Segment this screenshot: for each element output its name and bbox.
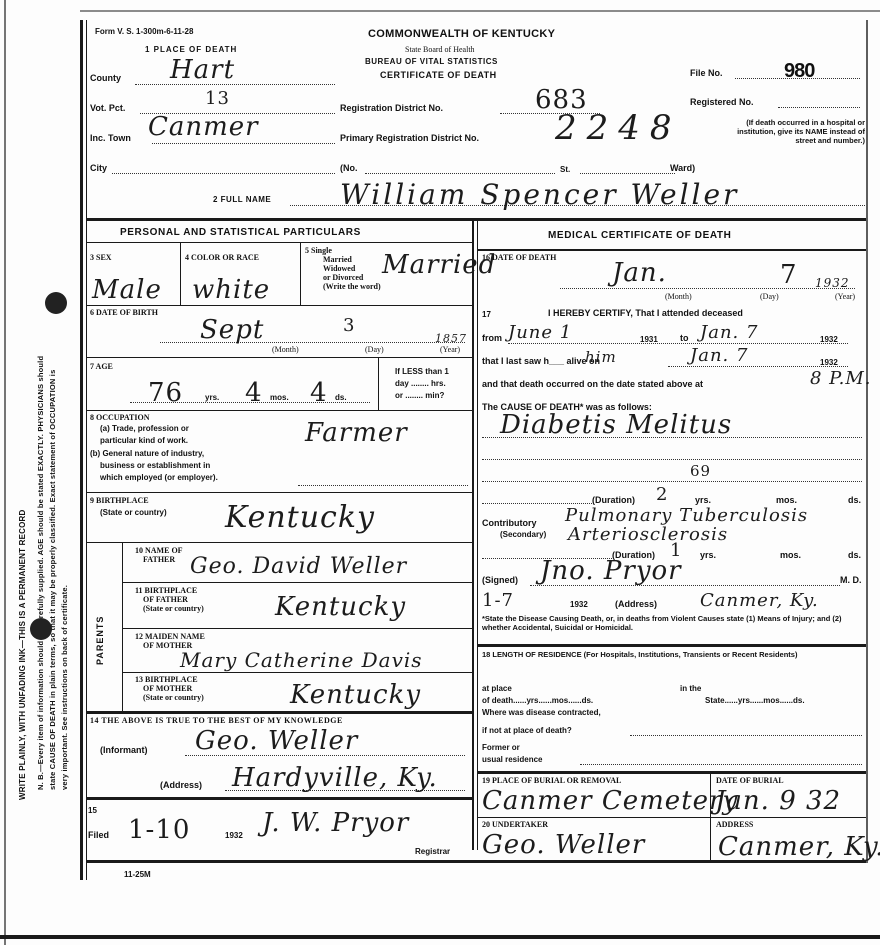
side-note-line2: N. B.—Every item of information should b… <box>36 356 45 790</box>
age-months: 4 <box>245 378 263 408</box>
contributory-value-2: Arteriosclerosis <box>568 524 728 545</box>
rule <box>122 628 472 629</box>
day-label: (Day) <box>365 345 384 354</box>
less-than-day-line: day ........ hrs. <box>395 378 449 390</box>
certify-number: 17 <box>482 310 491 319</box>
place-of-death-heading: 1 PLACE OF DEATH <box>145 45 237 54</box>
label-line: FATHER <box>135 555 183 564</box>
physician-signature: Jno. Pryor <box>540 556 682 586</box>
medical-heading: MEDICAL CERTIFICATE OF DEATH <box>548 230 731 241</box>
dob-day: 3 <box>343 315 355 336</box>
signed-address-value: Canmer, Ky. <box>700 590 819 611</box>
occupation-a: (a) Trade, profession or <box>100 424 189 433</box>
yrs-label: yrs. <box>205 393 219 402</box>
frame-left <box>80 20 83 880</box>
less-than-day: If LESS than 1 day ........ hrs. or ....… <box>395 366 449 402</box>
date-of-death-label: 16 DATE OF DEATH <box>482 253 556 262</box>
dob-label: 6 DATE OF BIRTH <box>90 308 158 317</box>
rule <box>86 711 472 714</box>
residence-contracted: Where was disease contracted, <box>482 708 601 717</box>
st-label: St. <box>560 165 570 174</box>
registrar-label: Registrar <box>415 847 450 856</box>
left-margin-notes: WRITE PLAINLY, WITH UNFADING INK—THIS IS… <box>0 0 82 945</box>
rule <box>478 771 866 774</box>
address-label: (Address) <box>160 780 202 790</box>
street-no-line <box>365 173 555 174</box>
occurred-time: 8 P.M. <box>810 368 872 389</box>
occupation-value: Farmer <box>305 418 408 448</box>
marital-label: 5 Single Married Widowed or Divorced (Wr… <box>305 246 381 291</box>
filed-year: 1932 <box>225 831 243 840</box>
signed-date: 1-7 <box>482 590 514 611</box>
duration2-yrs: yrs. <box>700 550 716 560</box>
age-label: 7 AGE <box>90 362 113 371</box>
left-edge <box>4 0 6 945</box>
marital-label-line: or Divorced <box>305 273 381 282</box>
duration2-ds: ds. <box>848 550 861 560</box>
cause-value: Diabetis Melitus <box>500 410 732 440</box>
rule <box>300 243 301 305</box>
death-day-label: (Day) <box>760 292 779 301</box>
label-line: 10 NAME OF <box>135 546 183 555</box>
signed-label: (Signed) <box>482 575 518 585</box>
color-label: 4 COLOR OR RACE <box>185 253 259 262</box>
inc-town-label: Inc. Town <box>90 133 131 143</box>
duration-value: 2 <box>656 484 668 505</box>
to-label: to <box>680 333 689 343</box>
occupation-b: (b) General nature of industry, <box>90 449 204 458</box>
side-note-line4: very important. See instructions on back… <box>60 585 69 790</box>
registered-no-label: Registered No. <box>690 97 754 107</box>
signed-address-label: (Address) <box>615 599 657 609</box>
duration-mos: mos. <box>776 495 797 505</box>
marital-label-line: 5 Single <box>305 246 381 255</box>
filed-date: 1-10 <box>128 815 190 845</box>
form-number: Form V. S. 1-300m-6-11-28 <box>95 27 193 36</box>
state-note: *State the Disease Causing Death, or, in… <box>482 614 862 632</box>
sex-value: Male <box>92 275 162 305</box>
filed-number: 15 <box>88 806 97 815</box>
rule <box>180 243 181 305</box>
rule <box>86 410 472 411</box>
rule <box>378 358 379 410</box>
duration2-mos: mos. <box>780 550 801 560</box>
label-line: 11 BIRTHPLACE <box>135 586 204 595</box>
label-line: (State or country) <box>135 604 204 613</box>
cause-line-2 <box>482 459 862 460</box>
primary-reg-label: Primary Registration District No. <box>340 133 479 143</box>
column-divider-inner <box>477 220 478 850</box>
inc-town-line <box>152 143 335 144</box>
attended-line <box>508 343 848 344</box>
label-line: (State or country) <box>135 693 204 702</box>
vot-pct-label: Vot. Pct. <box>90 103 125 113</box>
age-days: 4 <box>310 378 328 408</box>
marital-label-line: Married <box>305 255 381 264</box>
filed-label: Filed <box>88 830 109 840</box>
frame-left-inner <box>86 20 87 880</box>
death-year: 1932 <box>815 276 850 290</box>
rule <box>478 249 866 251</box>
rule <box>86 242 472 243</box>
city-label: City <box>90 163 107 173</box>
residence-label: 18 LENGTH OF RESIDENCE (For Hospitals, I… <box>482 650 862 659</box>
binder-hole-icon <box>30 618 52 640</box>
county-label: County <box>90 73 121 83</box>
parents-section-label: PARENTS <box>95 616 105 665</box>
attended-from: June 1 <box>508 322 572 343</box>
marital-label-line: Widowed <box>305 264 381 273</box>
father-name-label: 10 NAME OF FATHER <box>135 546 183 564</box>
rule <box>122 582 472 583</box>
mos-label: mos. <box>270 393 289 402</box>
last-saw-text: that I last saw h___ alive on <box>482 356 600 366</box>
color-value: white <box>192 275 270 305</box>
last-saw-word: him <box>585 348 617 366</box>
not-at-place-line <box>630 735 862 736</box>
no-label: (No. <box>340 163 358 173</box>
residence-not-at-place: if not at place of death? <box>482 726 572 735</box>
cause-extra: 69 <box>690 462 711 480</box>
usual-residence-line <box>580 764 862 765</box>
primary-reg-value: 2248 <box>555 108 682 148</box>
death-day: 7 <box>780 260 798 290</box>
cause-line-3 <box>482 481 862 482</box>
md-label: M. D. <box>840 575 862 585</box>
label-line: OF FATHER <box>135 595 204 604</box>
undertaker-value: Geo. Weller <box>482 830 645 860</box>
mother-name-value: Mary Catherine Davis <box>180 648 423 672</box>
label-line: 13 BIRTHPLACE <box>135 675 204 684</box>
less-than-day-line: If LESS than 1 <box>395 366 449 378</box>
residence-in-the: in the <box>680 684 701 693</box>
personal-heading: PERSONAL AND STATISTICAL PARTICULARS <box>120 227 361 238</box>
duration-line <box>482 503 592 504</box>
informant-value: Geo. Weller <box>195 726 358 756</box>
rule <box>478 817 866 818</box>
mother-birthplace-label: 13 BIRTHPLACE OF MOTHER (State or countr… <box>135 675 204 702</box>
father-birthplace-value: Kentucky <box>275 592 406 622</box>
from-label: from <box>482 333 502 343</box>
contributory-value-1: Pulmonary Tuberculosis <box>565 505 808 526</box>
occupation-label: 8 OCCUPATION <box>90 413 149 422</box>
burial-date-value: Jan. 9 32 <box>715 786 841 816</box>
dob-month: Sept <box>200 315 264 345</box>
dob-year: 1857 <box>435 332 467 345</box>
contributory-label: Contributory <box>482 518 537 528</box>
birthplace-label: 9 BIRTHPLACE <box>90 496 149 505</box>
residence-of-death: of death......yrs......mos......ds. <box>482 696 593 705</box>
occupation-b2: business or establishment in <box>100 461 210 470</box>
informant-label: (Informant) <box>100 745 148 755</box>
rule <box>122 672 472 673</box>
death-month: Jan. <box>612 258 667 288</box>
ds-label: ds. <box>335 393 347 402</box>
column-divider <box>472 220 474 850</box>
rule <box>86 305 472 306</box>
inc-town-value: Canmer <box>148 112 259 142</box>
death-certificate: WRITE PLAINLY, WITH UNFADING INK—THIS IS… <box>0 0 880 945</box>
last-saw-year: 1932 <box>820 358 838 367</box>
month-label: (Month) <box>272 345 299 354</box>
registrar-signature: J. W. Pryor <box>262 808 409 838</box>
father-name-value: Geo. David Weller <box>190 554 407 579</box>
undertaker-address-label: ADDRESS <box>716 820 753 829</box>
ward-line <box>580 173 675 174</box>
form-subtitle-2: BUREAU OF VITAL STATISTICS <box>365 57 498 66</box>
year-label: (Year) <box>440 345 460 354</box>
side-note-line1: WRITE PLAINLY, WITH UNFADING INK—THIS IS… <box>18 510 27 800</box>
label-line: 12 MAIDEN NAME <box>135 632 205 641</box>
undertaker-address-value: Canmer, Ky. <box>718 832 880 862</box>
age-years: 76 <box>148 378 183 408</box>
address-value: Hardyville, Ky. <box>232 763 438 793</box>
certify-text: I HEREBY CERTIFY, That I attended deceas… <box>548 308 743 318</box>
occupation-a2: particular kind of work. <box>100 436 188 445</box>
father-birthplace-label: 11 BIRTHPLACE OF FATHER (State or countr… <box>135 586 204 613</box>
undertaker-label: 20 UNDERTAKER <box>482 820 548 829</box>
death-month-label: (Month) <box>665 292 692 301</box>
city-line <box>112 173 335 174</box>
sex-label: 3 SEX <box>90 253 112 262</box>
to-year: 1932 <box>820 335 838 344</box>
burial-place-value: Canmer Cemetery <box>482 786 738 816</box>
rule <box>122 543 123 711</box>
reg-district-label: Registration District No. <box>340 103 443 113</box>
side-note-line3: state CAUSE OF DEATH in plain terms, so … <box>48 370 57 790</box>
residence-usual: usual residence <box>482 755 542 764</box>
form-title: COMMONWEALTH OF KENTUCKY <box>368 28 555 40</box>
date-of-death-line <box>560 288 855 289</box>
marital-label-line: (Write the word) <box>305 282 381 291</box>
marital-value: Married <box>382 250 496 280</box>
residence-former: Former or <box>482 743 520 752</box>
registered-no-line <box>778 107 860 108</box>
duration-label: (Duration) <box>592 495 635 505</box>
residence-state: State......yrs......mos......ds. <box>705 696 805 705</box>
burial-place-label: 19 PLACE OF BURIAL OR REMOVAL <box>482 776 621 785</box>
file-no-value: 980 <box>784 60 814 83</box>
footer-code: 11-25M <box>124 870 151 879</box>
frame-bottom <box>0 935 880 939</box>
from-year: 1931 <box>640 335 658 344</box>
file-no-label: File No. <box>690 68 723 78</box>
burial-date-label: DATE OF BURIAL <box>716 776 784 785</box>
birthplace-sub: (State or country) <box>100 508 167 517</box>
label-line: OF MOTHER <box>135 684 204 693</box>
signed-year: 1932 <box>570 600 588 609</box>
death-year-label: (Year) <box>835 292 855 301</box>
rule <box>86 357 472 358</box>
occurred-text: and that death occurred on the date stat… <box>482 379 703 389</box>
duration-ds: ds. <box>848 495 861 505</box>
name-divider <box>86 218 866 221</box>
full-name-label: 2 FULL NAME <box>213 195 271 204</box>
hospital-note: (If death occurred in a hospital or inst… <box>725 118 865 145</box>
informant-statement: 14 THE ABOVE IS TRUE TO THE BEST OF MY K… <box>90 716 343 725</box>
form-subtitle-3: CERTIFICATE OF DEATH <box>380 70 497 80</box>
full-name-value: William Spencer Weller <box>340 178 739 211</box>
frame-right <box>866 20 868 863</box>
birthplace-value: Kentucky <box>225 500 375 535</box>
form-subtitle-1: State Board of Health <box>405 45 475 54</box>
frame-top <box>80 10 880 12</box>
rule <box>86 797 472 800</box>
mother-birthplace-value: Kentucky <box>290 680 421 710</box>
attended-to: Jan. 7 <box>700 322 758 343</box>
rule <box>478 644 866 647</box>
less-than-day-line: or ........ min? <box>395 390 449 402</box>
occupation-b-line <box>298 485 468 486</box>
ward-label: Ward) <box>670 163 695 173</box>
rule <box>86 542 472 543</box>
last-saw-date: Jan. 7 <box>690 345 748 366</box>
rule <box>86 492 472 493</box>
binder-hole-icon <box>45 292 67 314</box>
residence-at-place: at place <box>482 684 512 693</box>
secondary-label: (Secondary) <box>500 530 546 539</box>
duration-yrs: yrs. <box>695 495 711 505</box>
occupation-b3: which employed (or employer). <box>100 473 218 482</box>
vot-pct-value: 13 <box>205 88 230 109</box>
county-value: Hart <box>170 55 235 85</box>
